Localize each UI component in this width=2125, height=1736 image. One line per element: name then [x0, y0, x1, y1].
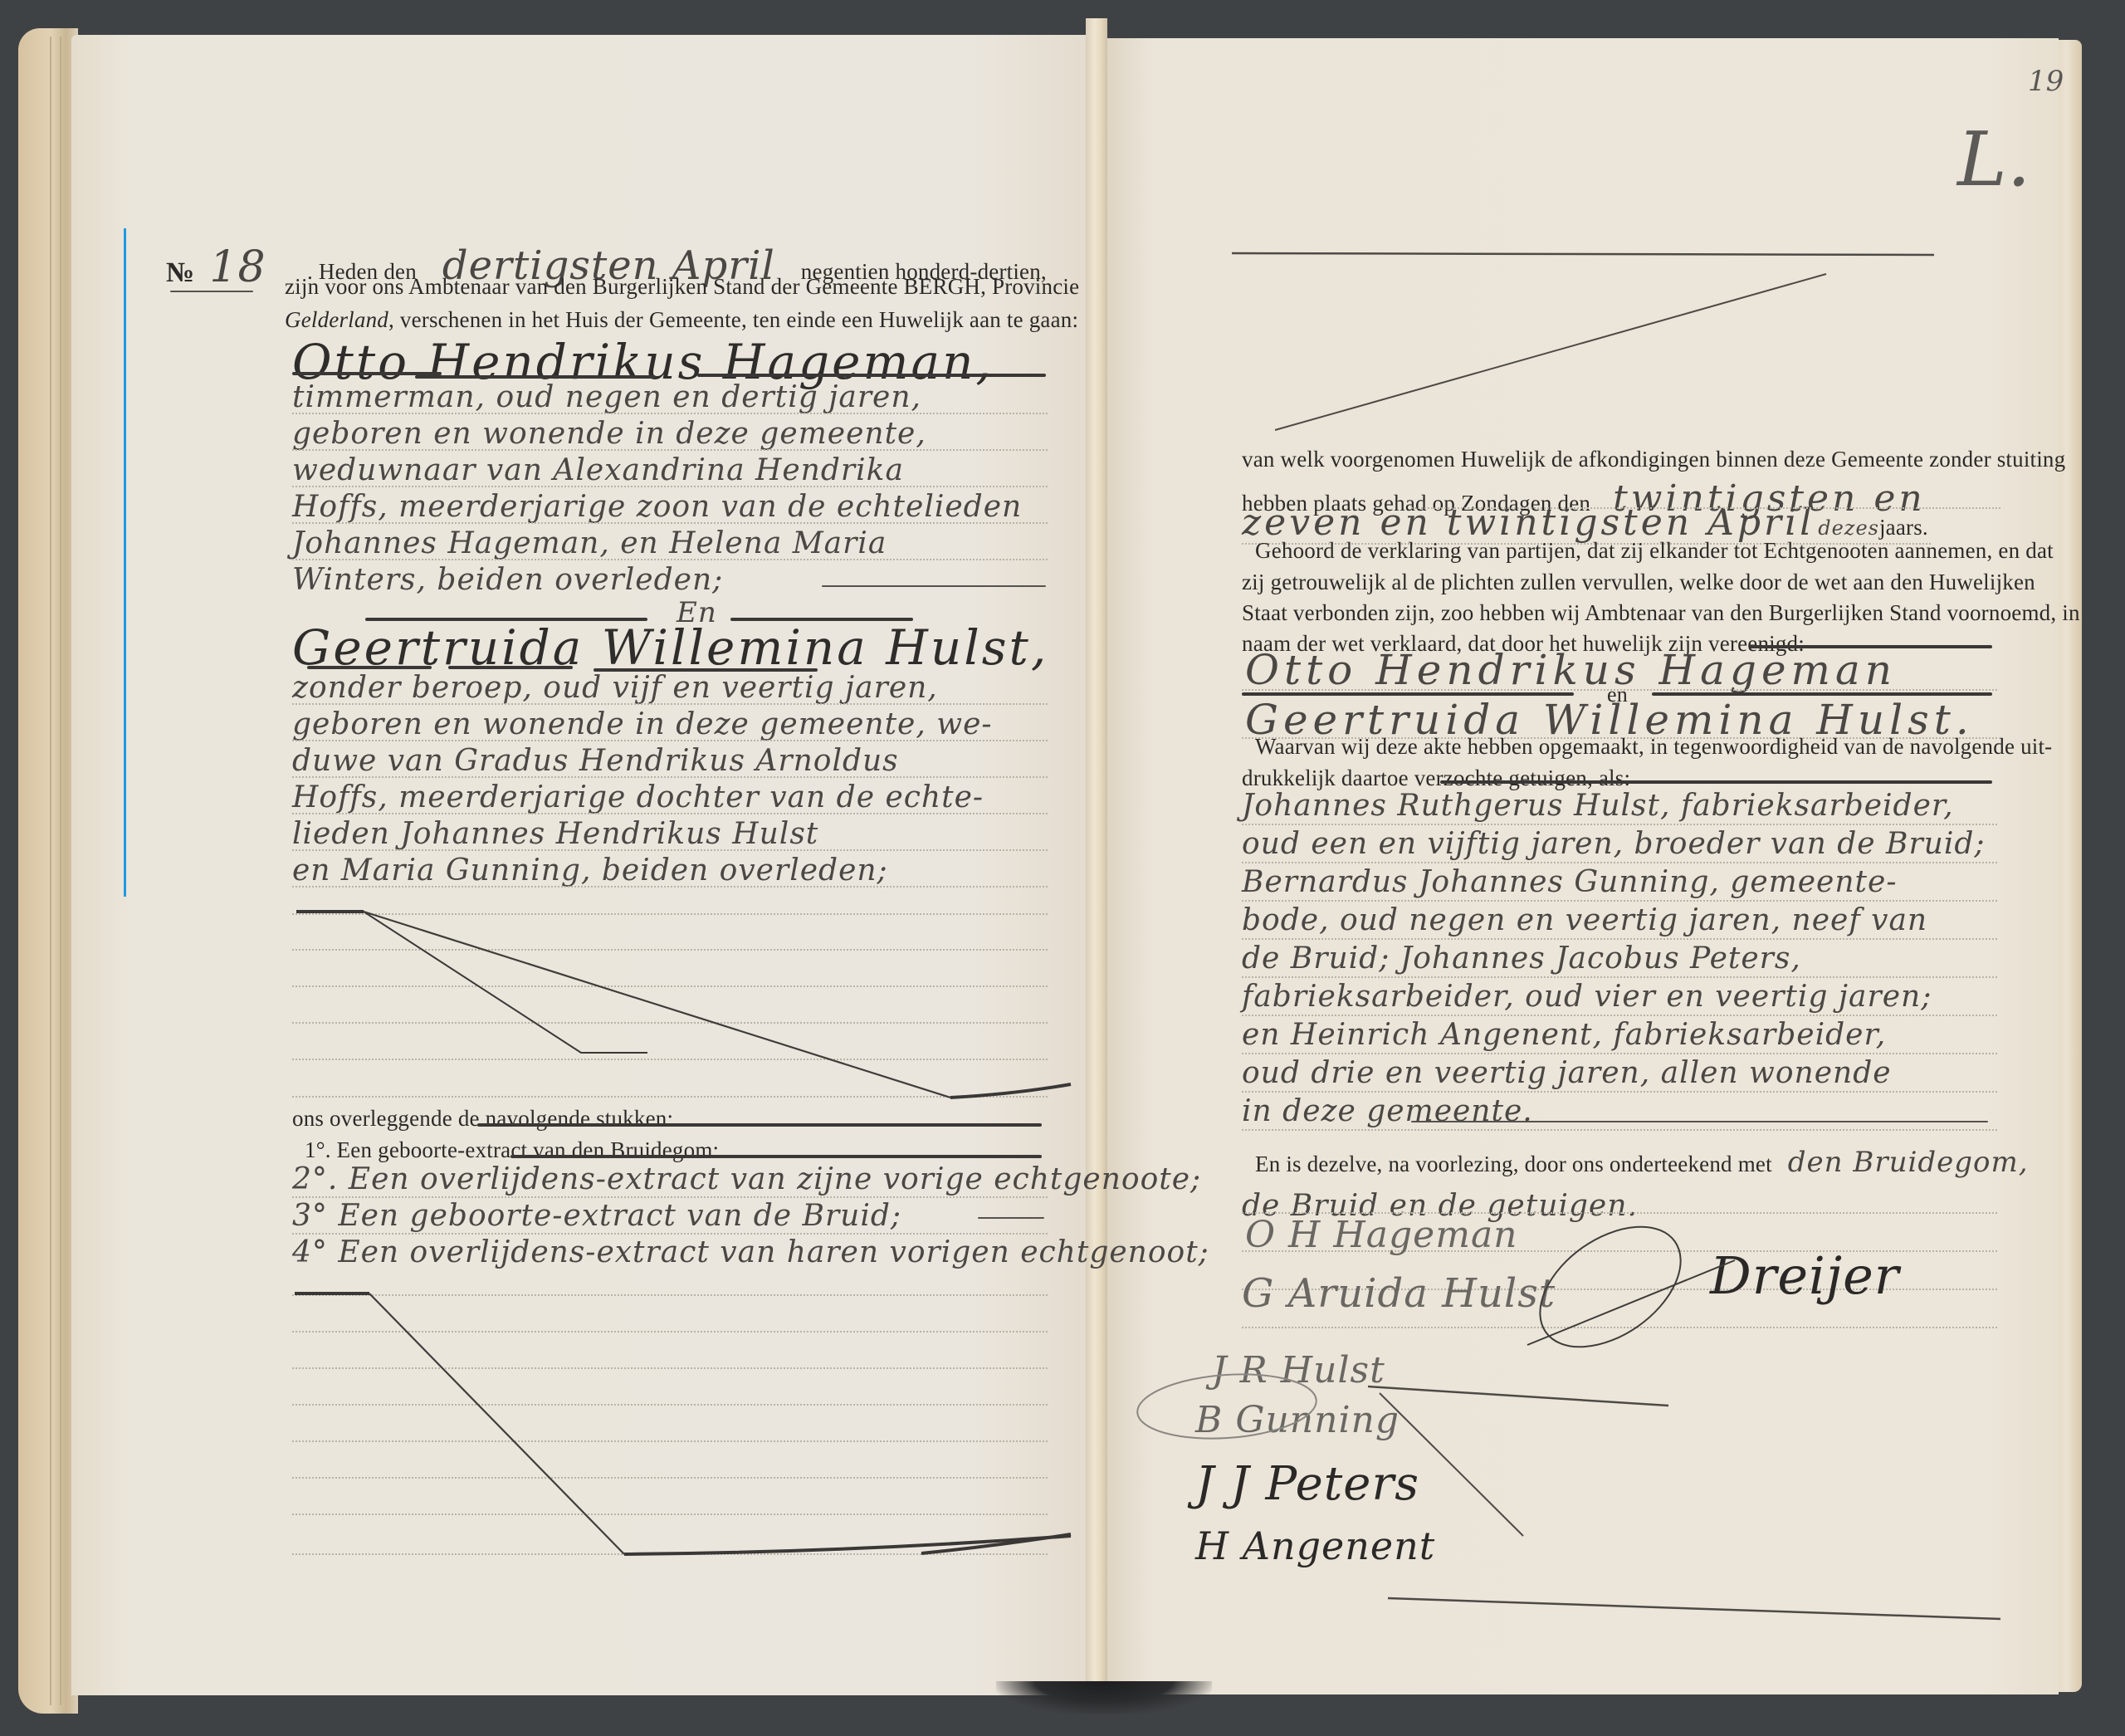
declaration-line-2: zij getrouwelijk al de plichten zullen v…	[1242, 570, 2035, 595]
groom-line-2: geboren en wonende in deze gemeente,	[292, 417, 926, 451]
ruled-line	[292, 886, 1048, 888]
ruled-line	[292, 559, 1048, 560]
ruled-line	[292, 1440, 1048, 1442]
gutter-shadow	[996, 1681, 1212, 1714]
groom-name-underline-2	[415, 375, 656, 379]
ruled-line	[292, 1513, 1048, 1515]
ruled-line	[292, 1477, 1048, 1479]
signature-witness-1: J R Hulst	[1212, 1349, 1385, 1391]
ruled-line	[292, 1404, 1048, 1406]
signature-bride: G Aruida Hulst	[1242, 1270, 1556, 1317]
documents-intro-rule	[477, 1123, 1042, 1127]
witness-line-4: bode, oud negen en veertig jaren, neef v…	[1242, 903, 1927, 937]
ruled-line	[292, 1022, 1048, 1024]
document-item-4: 4° Een overlijdens-extract van haren vor…	[292, 1235, 1209, 1269]
witness-line-7: en Heinrich Angenent, fabrieksarbeider,	[1242, 1018, 1886, 1052]
bride-line-3: duwe van Gradus Hendrikus Arnoldus	[292, 744, 899, 778]
ruled-line	[292, 1294, 1048, 1296]
bride-line-1: zonder beroep, oud vijf en veertig jaren…	[292, 671, 938, 705]
documents-intro: ons overleggende de navolgende stukken:	[292, 1106, 673, 1132]
ruled-line	[1411, 507, 2000, 509]
signature-registrar: Dreijer	[1710, 1245, 1899, 1306]
witness-intro-line-1: Waarvan wij deze akte hebben opgemaakt, …	[1255, 734, 2052, 760]
declaration-line-1: Gehoord de verklaring van partijen, dat …	[1255, 538, 2054, 564]
corner-mark: L.	[1957, 116, 2030, 203]
ruled-line	[292, 449, 1048, 451]
ruled-line	[292, 813, 1048, 814]
groom-line-4: Hoffs, meerderjarige zoon van de echteli…	[292, 490, 1022, 524]
document-item-3: 3° Een geboorte-extract van de Bruid;	[292, 1199, 901, 1233]
left-page-stack-edge	[18, 28, 78, 1714]
witness-line-3: Bernardus Johannes Gunning, gemeente-	[1242, 865, 1897, 899]
groom-line-6: Winters, beiden overleden;	[292, 563, 723, 597]
ruled-line	[1242, 824, 1997, 825]
groom-end-rule	[822, 585, 1046, 587]
proclamation-year-hand: dezes	[1818, 516, 1879, 540]
intro-line-3: Gelderland, verschenen in het Huis der G…	[285, 307, 1078, 333]
signature-witness-4: H Angenent	[1195, 1523, 1435, 1568]
proclamation-year-print: jaars.	[1879, 515, 1928, 540]
signature-witness-3: J J Peters	[1195, 1457, 1419, 1511]
ruled-line	[292, 1331, 1048, 1333]
intro-line-3-rest: , verschenen in het Huis der Gemeente, t…	[388, 307, 1078, 332]
bride-line-6: en Maria Gunning, beiden overleden;	[292, 853, 888, 888]
ruled-line	[1242, 1327, 1997, 1328]
ruled-line	[292, 413, 1048, 414]
closing-line: En is dezelve, na voorlezing, door ons o…	[1255, 1146, 2029, 1179]
signature-groom: O H Hageman	[1245, 1214, 1518, 1256]
ruled-line	[1242, 1015, 1997, 1016]
witness-line-8: oud drie en veertig jaren, allen wonende	[1242, 1056, 1892, 1090]
province-name: Gelderland	[285, 307, 388, 332]
closing-hand-groom: den Bruidegom,	[1788, 1146, 2029, 1179]
closing-print: En is dezelve, na voorlezing, door ons o…	[1255, 1152, 1772, 1176]
groom-line-5: Johannes Hageman, en Helena Maria	[292, 526, 887, 560]
witness-line-2: oud een en vijftig jaren, broeder van de…	[1242, 827, 1986, 861]
ruled-line	[292, 1367, 1048, 1369]
ruled-line	[1242, 900, 1997, 902]
ruled-line	[292, 486, 1048, 487]
ruled-line	[1242, 862, 1997, 863]
witness-line-6: fabrieksarbeider, oud vier en veertig ja…	[1242, 980, 1932, 1014]
document-item-2: 2°. Een overlijdens-extract van zijne vo…	[292, 1162, 1201, 1196]
ruled-line	[292, 913, 1048, 915]
ruled-line	[292, 1553, 1048, 1555]
witness-end-rule	[1411, 1121, 1988, 1122]
declaration-line-3: Staat verbonden zijn, zoo hebben wij Amb…	[1242, 600, 2080, 626]
open-register-book: № 18 . Heden den dertigsten April negent…	[0, 0, 2125, 1736]
ruled-line	[292, 1196, 1048, 1198]
witness-intro-rule	[1440, 780, 1992, 784]
united-groom-name: Otto Hendrikus Hageman	[1245, 646, 1897, 694]
ruled-line	[1242, 976, 1997, 978]
ruled-line	[1242, 1129, 1997, 1131]
document-item-1: 1°. Een geboorte-extract van den Bruideg…	[305, 1137, 719, 1163]
ruled-line	[292, 985, 1048, 987]
witness-line-9: in deze gemeente.	[1242, 1094, 1533, 1128]
entry-number-label: №	[166, 257, 194, 288]
ruled-line	[292, 522, 1048, 524]
groom-line-3: weduwnaar van Alexandrina Hendrika	[292, 453, 904, 487]
intro-line-2: zijn voor ons Ambtenaar van den Burgerli…	[285, 274, 1079, 300]
witness-line-5: de Bruid; Johannes Jacobus Peters,	[1242, 941, 1801, 976]
document-item-1-rule	[510, 1155, 1042, 1158]
page-number: 19	[2028, 65, 2064, 98]
ruled-line	[292, 703, 1048, 705]
entry-number-underline	[170, 291, 253, 292]
document-item-3-rule	[978, 1217, 1044, 1219]
ruled-line	[1242, 1091, 1997, 1093]
proclamation-line-1: van welk voorgenomen Huwelijk de afkondi…	[1242, 447, 2065, 472]
entry-number-value: 18	[209, 242, 266, 292]
ruled-line	[292, 740, 1048, 741]
groom-name-underline-3	[697, 374, 1046, 377]
entry-number: № 18	[166, 242, 266, 292]
ruled-line	[292, 1059, 1048, 1060]
ruled-line	[292, 849, 1048, 851]
ruled-line	[292, 776, 1048, 778]
signature-witness-2: B Gunning	[1195, 1399, 1400, 1441]
bride-name-underline-2	[448, 666, 573, 669]
right-page-stack-edge	[2057, 40, 2082, 1692]
ruled-line	[292, 1233, 1048, 1235]
ruled-line	[292, 949, 1048, 951]
ruled-line	[1242, 1053, 1997, 1054]
groom-line-1: timmerman, oud negen en dertig jaren,	[292, 380, 921, 414]
bride-line-5: lieden Johannes Hendrikus Hulst	[292, 817, 818, 851]
bride-name-underline-1	[307, 666, 432, 669]
witness-intro-line-2: drukkelijk daartoe verzochte getuigen, a…	[1242, 765, 1630, 791]
bride-line-2: geboren en wonende in deze gemeente, we-	[292, 707, 993, 741]
ruled-line	[1242, 938, 1997, 940]
book-gutter	[1086, 18, 1107, 1695]
witness-line-1: Johannes Ruthgerus Hulst, fabrieksarbeid…	[1242, 789, 1954, 823]
ruled-line	[292, 1096, 1048, 1098]
bride-line-4: Hoffs, meerderjarige dochter van de echt…	[292, 780, 984, 814]
blue-margin-marker	[124, 228, 126, 897]
